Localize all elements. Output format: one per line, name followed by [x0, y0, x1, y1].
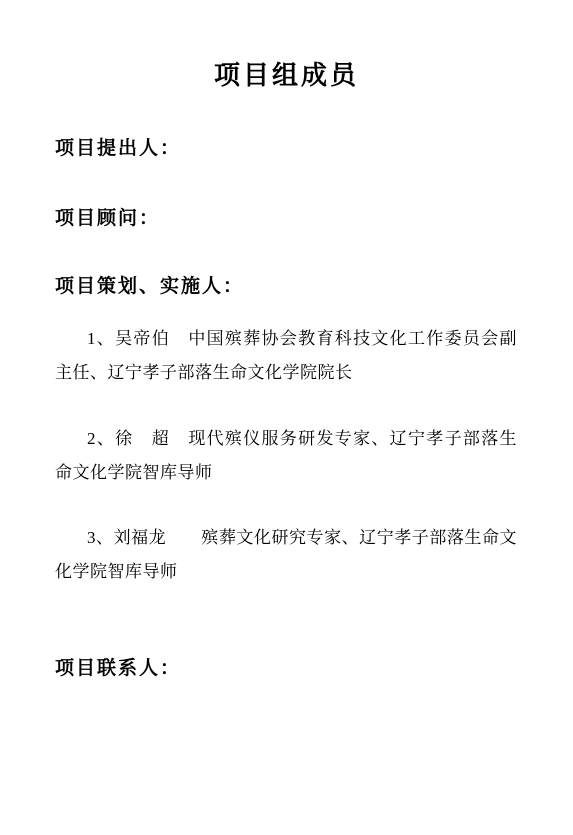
heading-project-proposer: 项目提出人： [55, 137, 181, 161]
member-item-3: 3、刘福龙 殡葬文化研究专家、辽宁孝子部落生命文 化学院智库导师 [55, 521, 517, 589]
page-title: 项目组成员 [0, 58, 573, 94]
heading-project-contact: 项目联系人： [55, 657, 181, 681]
member-2-line-2: 命文化学院智库导师 [55, 456, 517, 490]
member-item-2: 2、徐 超 现代殡仪服务研发专家、辽宁孝子部落生 命文化学院智库导师 [55, 422, 517, 490]
heading-project-advisor: 项目顾问： [55, 207, 160, 231]
member-3-line-2: 化学院智库导师 [55, 555, 517, 589]
member-2-line-1: 2、徐 超 现代殡仪服务研发专家、辽宁孝子部落生 [55, 422, 517, 456]
member-1-line-2: 主任、辽宁孝子部落生命文化学院院长 [55, 356, 517, 390]
member-3-line-1: 3、刘福龙 殡葬文化研究专家、辽宁孝子部落生命文 [55, 521, 517, 555]
member-item-1: 1、吴帝伯 中国殡葬协会教育科技文化工作委员会副 主任、辽宁孝子部落生命文化学院… [55, 322, 517, 390]
member-1-line-1: 1、吴帝伯 中国殡葬协会教育科技文化工作委员会副 [55, 322, 517, 356]
document-page: 项目组成员 项目提出人： 项目顾问： 项目策划、实施人： 1、吴帝伯 中国殡葬协… [0, 0, 573, 835]
heading-project-planner: 项目策划、实施人： [55, 275, 244, 299]
